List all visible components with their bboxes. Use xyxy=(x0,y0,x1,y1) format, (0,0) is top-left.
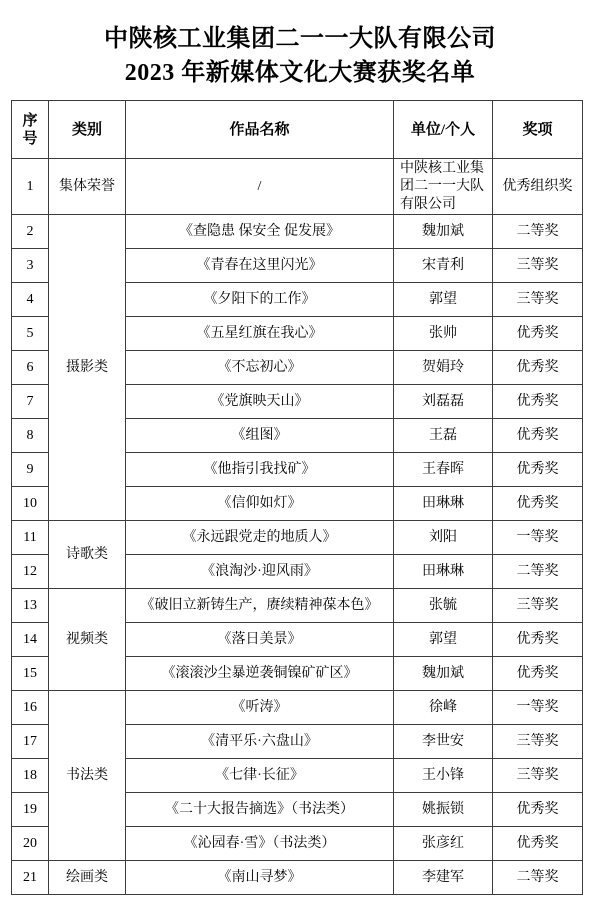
column-header-work: 作品名称 xyxy=(126,101,394,159)
row-number-cell: 15 xyxy=(12,657,49,691)
category-cell: 书法类 xyxy=(49,691,126,861)
unit-cell: 王春晖 xyxy=(394,453,493,487)
work-title-cell: 《破旧立新铸生产，赓续精神葆本色》 xyxy=(126,589,394,623)
row-number-cell: 18 xyxy=(12,759,49,793)
award-cell: 三等奖 xyxy=(493,589,583,623)
document-title: 中陕核工业集团二一一大队有限公司 2023 年新媒体文化大赛获奖名单 xyxy=(0,0,600,90)
header-row: 序号类别作品名称单位/个人奖项 xyxy=(12,101,583,159)
unit-cell: 王磊 xyxy=(394,419,493,453)
row-number-cell: 19 xyxy=(12,793,49,827)
row-number-cell: 16 xyxy=(12,691,49,725)
row-number-cell: 8 xyxy=(12,419,49,453)
row-number-cell: 2 xyxy=(12,215,49,249)
work-title-cell: 《查隐患 保安全 促发展》 xyxy=(126,215,394,249)
row-number-cell: 11 xyxy=(12,521,49,555)
unit-cell: 魏加斌 xyxy=(394,657,493,691)
row-number-cell: 10 xyxy=(12,487,49,521)
row-number-cell: 1 xyxy=(12,159,49,215)
award-cell: 优秀奖 xyxy=(493,487,583,521)
unit-cell: 郭望 xyxy=(394,283,493,317)
awards-table-body: 1集体荣誉/中陕核工业集团二一一大队有限公司优秀组织奖2摄影类《查隐患 保安全 … xyxy=(12,159,583,895)
unit-cell: 贺娟玲 xyxy=(394,351,493,385)
category-cell: 视频类 xyxy=(49,589,126,691)
award-cell: 优秀奖 xyxy=(493,317,583,351)
table-row: 11诗歌类《永远跟党走的地质人》刘阳一等奖 xyxy=(12,521,583,555)
column-header-category: 类别 xyxy=(49,101,126,159)
unit-cell: 田琳琳 xyxy=(394,555,493,589)
work-title-cell: 《落日美景》 xyxy=(126,623,394,657)
work-title-cell: 《滚滚沙尘暴逆袭铜镍矿矿区》 xyxy=(126,657,394,691)
document-title-line1: 中陕核工业集团二一一大队有限公司 xyxy=(0,22,600,56)
category-cell: 集体荣誉 xyxy=(49,159,126,215)
unit-cell: 刘磊磊 xyxy=(394,385,493,419)
award-cell: 三等奖 xyxy=(493,725,583,759)
work-title-cell: 《永远跟党走的地质人》 xyxy=(126,521,394,555)
category-cell: 绘画类 xyxy=(49,861,126,895)
unit-cell: 姚振锁 xyxy=(394,793,493,827)
award-cell: 优秀奖 xyxy=(493,351,583,385)
row-number-cell: 5 xyxy=(12,317,49,351)
row-number-cell: 7 xyxy=(12,385,49,419)
work-title-cell: 《青春在这里闪光》 xyxy=(126,249,394,283)
work-title-cell: 《二十大报告摘选》（书法类） xyxy=(126,793,394,827)
award-cell: 优秀组织奖 xyxy=(493,159,583,215)
unit-cell: 徐峰 xyxy=(394,691,493,725)
unit-cell: 宋青利 xyxy=(394,249,493,283)
award-cell: 优秀奖 xyxy=(493,623,583,657)
work-title-cell: 《五星红旗在我心》 xyxy=(126,317,394,351)
unit-cell: 刘阳 xyxy=(394,521,493,555)
award-cell: 优秀奖 xyxy=(493,453,583,487)
work-title-cell: 《南山寻梦》 xyxy=(126,861,394,895)
unit-cell: 李世安 xyxy=(394,725,493,759)
column-header-no: 序号 xyxy=(12,101,49,159)
row-number-cell: 9 xyxy=(12,453,49,487)
award-cell: 三等奖 xyxy=(493,759,583,793)
work-title-cell: / xyxy=(126,159,394,215)
work-title-cell: 《夕阳下的工作》 xyxy=(126,283,394,317)
awards-table: 序号类别作品名称单位/个人奖项 1集体荣誉/中陕核工业集团二一一大队有限公司优秀… xyxy=(11,100,583,895)
category-cell: 诗歌类 xyxy=(49,521,126,589)
award-cell: 一等奖 xyxy=(493,521,583,555)
award-cell: 优秀奖 xyxy=(493,793,583,827)
work-title-cell: 《清平乐·六盘山》 xyxy=(126,725,394,759)
work-title-cell: 《听涛》 xyxy=(126,691,394,725)
row-number-cell: 14 xyxy=(12,623,49,657)
award-cell: 三等奖 xyxy=(493,249,583,283)
award-cell: 优秀奖 xyxy=(493,827,583,861)
row-number-cell: 13 xyxy=(12,589,49,623)
award-cell: 二等奖 xyxy=(493,861,583,895)
table-row: 2摄影类《查隐患 保安全 促发展》魏加斌二等奖 xyxy=(12,215,583,249)
work-title-cell: 《七律·长征》 xyxy=(126,759,394,793)
row-number-cell: 3 xyxy=(12,249,49,283)
column-header-unit: 单位/个人 xyxy=(394,101,493,159)
unit-cell: 中陕核工业集团二一一大队有限公司 xyxy=(394,159,493,215)
table-row: 1集体荣誉/中陕核工业集团二一一大队有限公司优秀组织奖 xyxy=(12,159,583,215)
work-title-cell: 《组图》 xyxy=(126,419,394,453)
unit-cell: 张帅 xyxy=(394,317,493,351)
work-title-cell: 《浪淘沙·迎风雨》 xyxy=(126,555,394,589)
unit-cell: 田琳琳 xyxy=(394,487,493,521)
unit-cell: 郭望 xyxy=(394,623,493,657)
award-cell: 优秀奖 xyxy=(493,385,583,419)
work-title-cell: 《信仰如灯》 xyxy=(126,487,394,521)
award-cell: 一等奖 xyxy=(493,691,583,725)
award-cell: 二等奖 xyxy=(493,215,583,249)
award-cell: 二等奖 xyxy=(493,555,583,589)
document-title-line2: 2023 年新媒体文化大赛获奖名单 xyxy=(0,56,600,90)
table-row: 21绘画类《南山寻梦》李建军二等奖 xyxy=(12,861,583,895)
unit-cell: 魏加斌 xyxy=(394,215,493,249)
row-number-cell: 17 xyxy=(12,725,49,759)
work-title-cell: 《沁园春·雪》（书法类） xyxy=(126,827,394,861)
award-cell: 三等奖 xyxy=(493,283,583,317)
row-number-cell: 6 xyxy=(12,351,49,385)
row-number-cell: 4 xyxy=(12,283,49,317)
unit-cell: 张彦红 xyxy=(394,827,493,861)
award-cell: 优秀奖 xyxy=(493,657,583,691)
unit-cell: 李建军 xyxy=(394,861,493,895)
row-number-cell: 21 xyxy=(12,861,49,895)
unit-cell: 王小锋 xyxy=(394,759,493,793)
awards-table-header: 序号类别作品名称单位/个人奖项 xyxy=(12,101,583,159)
award-cell: 优秀奖 xyxy=(493,419,583,453)
column-header-award: 奖项 xyxy=(493,101,583,159)
work-title-cell: 《不忘初心》 xyxy=(126,351,394,385)
table-row: 13视频类《破旧立新铸生产，赓续精神葆本色》张毓三等奖 xyxy=(12,589,583,623)
work-title-cell: 《他指引我找矿》 xyxy=(126,453,394,487)
document-page: 中陕核工业集团二一一大队有限公司 2023 年新媒体文化大赛获奖名单 序号类别作… xyxy=(0,0,600,922)
unit-cell: 张毓 xyxy=(394,589,493,623)
work-title-cell: 《党旗映天山》 xyxy=(126,385,394,419)
table-row: 16书法类《听涛》徐峰一等奖 xyxy=(12,691,583,725)
category-cell: 摄影类 xyxy=(49,215,126,521)
row-number-cell: 12 xyxy=(12,555,49,589)
row-number-cell: 20 xyxy=(12,827,49,861)
